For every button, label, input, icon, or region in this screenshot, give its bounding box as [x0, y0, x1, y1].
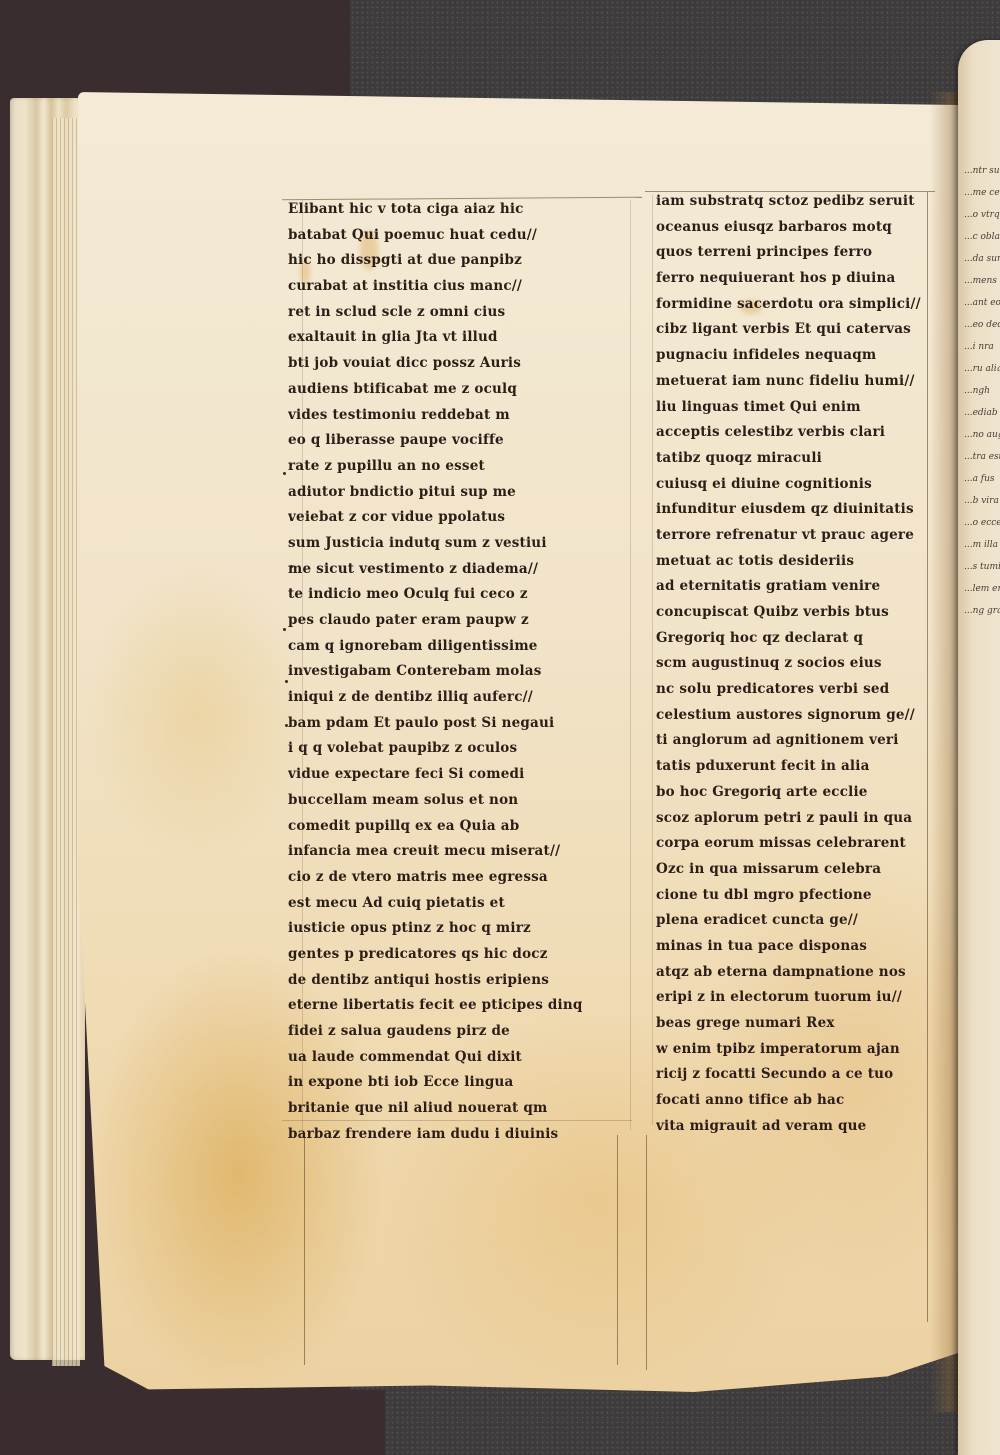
text-line: i q q volebat paupibz z oculos: [288, 736, 628, 763]
facing-line: ...a fus: [964, 468, 1000, 490]
text-line: veiebat z cor vidue ppolatus: [288, 505, 628, 532]
text-line: in expone bti iob Ecce lingua: [288, 1070, 628, 1097]
text-line: adiutor bndictio pitui sup me: [288, 479, 628, 506]
text-line: fidei z salua gaudens pirz de: [288, 1018, 628, 1045]
text-line: eo q liberasse paupe vociffe: [288, 428, 628, 455]
text-line: ferro nequiuerant hos p diuina: [656, 265, 931, 292]
text-line: iniqui z de dentibz illiq auferc//: [288, 684, 628, 711]
facing-line: ...da sur: [964, 248, 1000, 270]
text-line: curabat at institia cius manc//: [288, 273, 628, 300]
text-line: investigabam Conterebam molas: [288, 659, 628, 686]
facing-line: ...ru aliq: [964, 358, 1000, 380]
text-line: te indicio meo Oculq fui ceco z: [288, 582, 628, 609]
text-line: cuiusq ei diuine cognitionis: [656, 471, 931, 498]
ruling-line-left-col-right: [630, 200, 631, 1130]
text-line: bo hoc Gregoriq arte ecclie: [656, 779, 931, 806]
text-line: barbaz frendere iam dudu i diuinis: [288, 1121, 628, 1148]
text-line: liu linguas timet Qui enim: [656, 394, 931, 421]
facing-line: ...no aug: [964, 424, 1000, 446]
text-line: ti anglorum ad agnitionem veri: [656, 728, 931, 755]
facing-line: ...ediab: [964, 402, 1000, 424]
text-line: metuat ac totis desideriis: [656, 548, 931, 575]
text-line: comedit pupillq ex ea Quia ab: [288, 813, 628, 840]
facing-line: ...lem erat: [964, 578, 1000, 600]
facing-line: ...i nra: [964, 336, 1000, 358]
text-line: ad eternitatis gratiam venire: [656, 574, 931, 601]
text-line: concupiscat Quibz verbis btus: [656, 599, 931, 626]
text-line: eripi z in electorum tuorum iu//: [656, 985, 931, 1012]
facing-page: ...ntr sug ...me celi ...o vtrq ...c obl…: [958, 40, 1000, 1455]
text-line: quos terreni principes ferro: [656, 240, 931, 267]
text-line: me sicut vestimento z diadema//: [288, 556, 628, 583]
facing-line: ...tra est: [964, 446, 1000, 468]
facing-line: ...o vtrq: [964, 204, 1000, 226]
text-line: cibz ligant verbis Et qui catervas: [656, 317, 931, 344]
text-line: rate z pupillu an no esset: [288, 453, 628, 480]
text-line: bam pdam Et paulo post Si negaui: [288, 710, 628, 737]
text-line: ua laude commendat Qui dixit: [288, 1044, 628, 1071]
facing-line: ...me celi: [964, 182, 1000, 204]
text-line: terrore refrenatur vt prauc agere: [656, 522, 931, 549]
facing-line: ...o ecce: [964, 512, 1000, 534]
margin-mark: [283, 472, 286, 475]
text-line: formidine sacerdotu ora simplici//: [656, 291, 931, 318]
text-line: acceptis celestibz verbis clari: [656, 420, 931, 447]
ruling-line-left-col-inner: [617, 1135, 618, 1365]
text-line: britanie que nil aliud nouerat qm: [288, 1095, 628, 1122]
text-line: plena eradicet cuncta ge//: [656, 908, 931, 935]
facing-line: ...m illa: [964, 534, 1000, 556]
text-line: nc solu predicatores verbi sed: [656, 676, 931, 703]
facing-line: ...eo deo: [964, 314, 1000, 336]
text-line: ret in sclud scle z omni cius: [288, 299, 628, 326]
text-column-right: iam substratq sctoz pedibz seruit oceanu…: [656, 189, 931, 1139]
facing-line: ...ng gra: [964, 600, 1000, 622]
text-column-left: Elibant hic v tota ciga aiaz hic batabat…: [288, 197, 628, 1147]
text-line: Gregoriq hoc qz declarat q: [656, 625, 931, 652]
text-line: hic ho disspgti at due panpibz: [288, 248, 628, 275]
text-line: vides testimoniu reddebat m: [288, 402, 628, 429]
text-line: tatis pduxerunt fecit in alia: [656, 753, 931, 780]
text-line: metuerat iam nunc fideliu humi//: [656, 368, 931, 395]
text-line: bti job vouiat dicc possz Auris: [288, 350, 628, 377]
facing-line: ...mens: [964, 270, 1000, 292]
text-line: infunditur eiusdem qz diuinitatis: [656, 497, 931, 524]
text-line: eterne libertatis fecit ee pticipes dinq: [288, 993, 628, 1020]
text-line: Elibant hic v tota ciga aiaz hic: [288, 196, 628, 223]
ruling-line-right-col-left: [652, 195, 653, 1125]
text-line: atqz ab eterna dampnatione nos: [656, 959, 931, 986]
text-line: gentes p predicatores qs hic docz: [288, 941, 628, 968]
text-line: infancia mea creuit mecu miserat//: [288, 839, 628, 866]
facing-line: ...ant eos: [964, 292, 1000, 314]
text-line: scoz aplorum petri z pauli in qua: [656, 805, 931, 832]
leaf-edges: [52, 118, 80, 1366]
text-line: de dentibz antiqui hostis eripiens: [288, 967, 628, 994]
text-line: est mecu Ad cuiq pietatis et: [288, 890, 628, 917]
text-line: beas grege numari Rex: [656, 1010, 931, 1037]
background-dark-cloth-bottom: [0, 1390, 385, 1455]
text-line: vidue expectare feci Si comedi: [288, 761, 628, 788]
text-line: Ozc in qua missarum celebra: [656, 856, 931, 883]
text-line: vita migrauit ad veram que: [656, 1113, 931, 1140]
text-line: celestium austores signorum ge//: [656, 702, 931, 729]
text-line: focati anno tifice ab hac: [656, 1087, 931, 1114]
text-line: iusticie opus ptinz z hoc q mirz: [288, 916, 628, 943]
text-line: buccellam meam solus et non: [288, 787, 628, 814]
text-line: sum Justicia indutq sum z vestiui: [288, 530, 628, 557]
text-line: corpa eorum missas celebrarent: [656, 831, 931, 858]
margin-mark: [283, 628, 286, 631]
ruling-line-left-margin: [304, 1135, 305, 1365]
text-line: cione tu dbl mgro pfectione: [656, 882, 931, 909]
text-line: oceanus eiusqz barbaros motq: [656, 214, 931, 241]
facing-page-text: ...ntr sug ...me celi ...o vtrq ...c obl…: [964, 160, 1000, 622]
text-line: minas in tua pace disponas: [656, 933, 931, 960]
text-line: batabat Qui poemuc huat cedu//: [288, 222, 628, 249]
text-line: cio z de vtero matris mee egressa: [288, 864, 628, 891]
ruling-line-right-col-inner: [646, 1135, 647, 1370]
text-line: cam q ignorebam diligentissime: [288, 633, 628, 660]
text-line: pes claudo pater eram paupw z: [288, 607, 628, 634]
facing-line: ...ngh: [964, 380, 1000, 402]
facing-line: ...s tumin: [964, 556, 1000, 578]
facing-line: ...b vira: [964, 490, 1000, 512]
facing-line: ...ntr sug: [964, 160, 1000, 182]
text-line: iam substratq sctoz pedibz seruit: [656, 188, 931, 215]
text-line: audiens btificabat me z oculq: [288, 376, 628, 403]
text-line: tatibz quoqz miraculi: [656, 445, 931, 472]
text-line: ricij z focatti Secundo a ce tuo: [656, 1062, 931, 1089]
text-line: exaltauit in glia Jta vt illud: [288, 325, 628, 352]
text-line: scm augustinuq z socios eius: [656, 651, 931, 678]
text-line: w enim tpibz imperatorum ajan: [656, 1036, 931, 1063]
text-line: pugnaciu infideles nequaqm: [656, 342, 931, 369]
facing-line: ...c oblas: [964, 226, 1000, 248]
